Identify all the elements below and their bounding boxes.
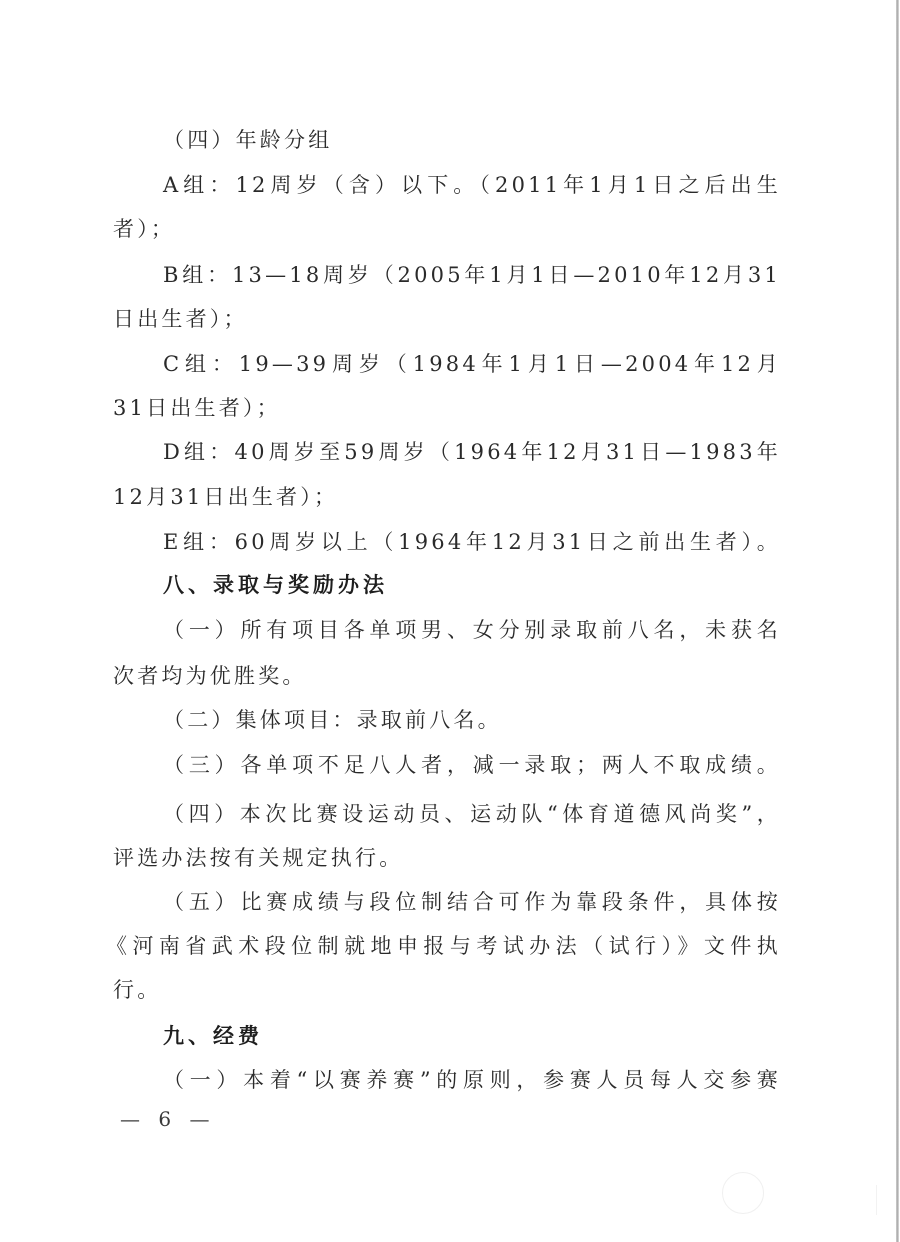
age-group-a-line2: 者）；: [113, 214, 781, 244]
watermark-logo-icon: [722, 1172, 764, 1214]
age-group-b-line1: B组：13—18周岁（2005年1月1日—2010年12月31: [163, 260, 781, 290]
page-number: — 6 —: [120, 1105, 215, 1133]
award-item-1-line2: 次者均为优胜奖。: [113, 661, 781, 691]
age-group-c-line2: 31日出生者）；: [113, 393, 781, 423]
age-group-e-line1: E组：60周岁以上（1964年12月31日之前出生者）。: [163, 527, 781, 557]
age-group-b-line2: 日出生者）；: [113, 304, 781, 334]
age-group-d-line2: 12月31日出生者）；: [113, 482, 781, 512]
award-item-1-line1: （一）所有项目各单项男、女分别录取前八名，未获名: [163, 615, 781, 645]
award-item-3-line1: （三）各单项不足八人者，减一录取；两人不取成绩。: [163, 750, 781, 780]
award-item-4-line2: 评选办法按有关规定执行。: [113, 843, 781, 873]
document-page: （四）年龄分组 A组：12周岁（含）以下。（2011年1月1日之后出生 者）； …: [0, 0, 897, 1242]
section-heading-eight: 八、录取与奖励办法: [163, 570, 781, 600]
age-group-c-line1: C组：19—39周岁（1984年1月1日—2004年12月: [163, 349, 781, 379]
award-item-4-line1: （四）本次比赛设运动员、运动队“体育道德风尚奖”，: [163, 799, 781, 829]
age-group-d-line1: D组：40周岁至59周岁（1964年12月31日—1983年: [163, 437, 781, 467]
award-item-2-line1: （二）集体项目：录取前八名。: [163, 705, 781, 735]
page-edge-border: [896, 0, 899, 1242]
award-item-5-line3: 行。: [113, 975, 781, 1005]
subsection-title-age-groups: （四）年龄分组: [163, 125, 781, 155]
award-item-5-line2: 《河南省武术段位制就地申报与考试办法（试行）》文件执: [106, 931, 781, 961]
funding-item-1-line1: （一）本着“以赛养赛”的原则，参赛人员每人交参赛: [163, 1065, 781, 1095]
award-item-5-line1: （五）比赛成绩与段位制结合可作为靠段条件，具体按: [163, 887, 781, 917]
age-group-a-line1: A组：12周岁（含）以下。（2011年1月1日之后出生: [163, 170, 781, 200]
section-heading-nine: 九、经费: [163, 1021, 781, 1051]
watermark-mark-icon: [866, 1185, 877, 1215]
